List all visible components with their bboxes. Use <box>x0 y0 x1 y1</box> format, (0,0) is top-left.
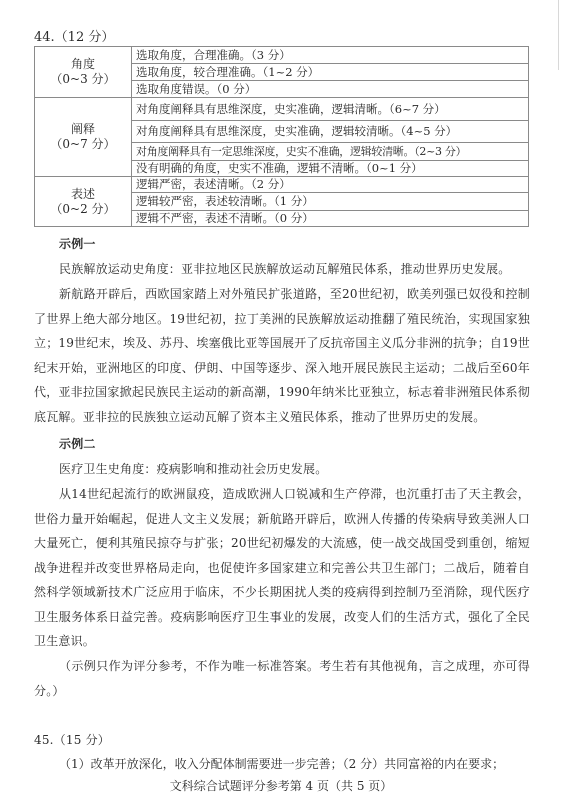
page-edge-mark <box>558 0 562 70</box>
scoring-rubric-table: 角度（0~3 分） 选取角度，合理准确。（3 分） 选取角度，较合理准确。（1~… <box>34 46 529 227</box>
rubric-category-angle: 角度（0~3 分） <box>35 47 132 98</box>
example-2-body: 从14世纪起流行的欧洲鼠疫，造成欧洲人口锐减和生产停滞，也沉重打击了天主教会，世… <box>34 482 530 654</box>
rubric-criterion: 选取角度，较合理准确。（1~2 分） <box>132 64 529 81</box>
rubric-criterion: 逻辑较严密，表述较清晰。（1 分） <box>132 193 529 211</box>
example-1-thesis: 民族解放运动史角度：亚非拉地区民族解放运动瓦解殖民体系，推动世界历史发展。 <box>34 257 530 282</box>
page-footer: 文科综合试题评分参考第 4 页（共 5 页） <box>0 777 562 794</box>
example-1-heading: 示例一 <box>34 232 530 257</box>
rubric-criterion: 逻辑严密，表述清晰。（2 分） <box>132 177 529 193</box>
scoring-note: （示例只作为评分参考，不作为唯一标准答案。考生若有其他视角，言之成理，亦可得分。… <box>34 654 530 703</box>
question-45-title: 45.（15 分） <box>34 728 530 753</box>
example-2-thesis: 医疗卫生史角度：疫病影响和推动社会历史发展。 <box>34 457 530 482</box>
rubric-criterion: 对角度阐释具有思维深度，史实准确，逻辑较清晰。（4~5 分） <box>132 121 529 143</box>
rubric-category-expression: 表述（0~2 分） <box>35 177 132 227</box>
example-1-body: 新航路开辟后，西欧国家踏上对外殖民扩张道路，至20世纪初，欧美列强已奴役和控制了… <box>34 282 530 429</box>
example-2-heading: 示例二 <box>34 432 530 457</box>
rubric-criterion: 对角度阐释具有一定思维深度，史实不准确，逻辑较清晰。（2~3 分） <box>132 143 529 161</box>
rubric-criterion: 选取角度错误。（0 分） <box>132 81 529 98</box>
question-45-line-1: （1）改革开放深化，收入分配体制需要进一步完善；（2 分）共同富裕的内在要求； <box>34 752 530 777</box>
rubric-category-interpretation: 阐释（0~7 分） <box>35 98 132 177</box>
rubric-criterion: 对角度阐释具有思维深度，史实准确，逻辑清晰。（6~7 分） <box>132 98 529 121</box>
rubric-criterion: 选取角度，合理准确。（3 分） <box>132 47 529 64</box>
question-44-title: 44.（12 分） <box>34 26 114 45</box>
rubric-criterion: 没有明确的角度，史实不准确，逻辑不清晰。（0~1 分） <box>132 161 529 177</box>
rubric-criterion: 逻辑不严密，表述不清晰。（0 分） <box>132 211 529 227</box>
